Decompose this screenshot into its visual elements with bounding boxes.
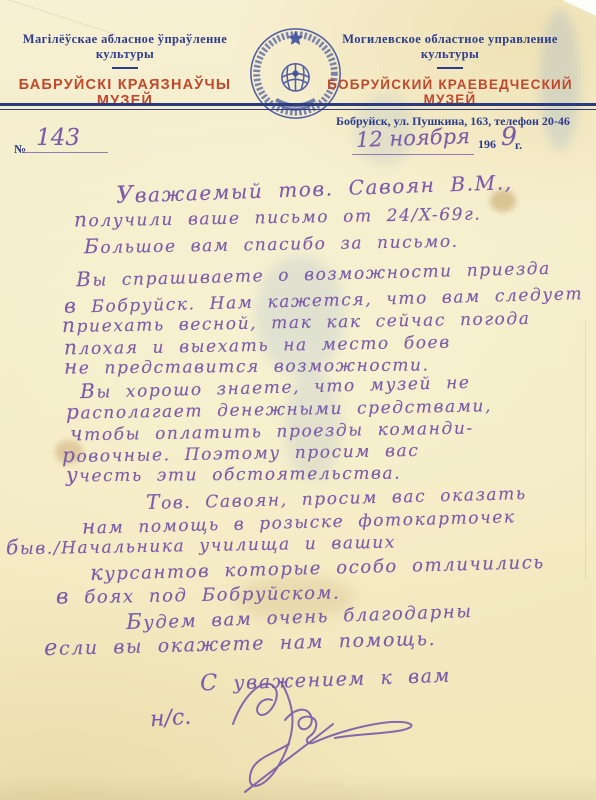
org-name-line1: Магілёўскае абласное ўпраўленне bbox=[14, 32, 236, 47]
scanned-letter-document: Магілёўскае абласное ўпраўленне культуры… bbox=[0, 0, 596, 800]
org-name-line2: культуры bbox=[320, 47, 580, 62]
handwritten-line: быв./Начальника училища и ваших bbox=[6, 531, 396, 559]
org-name-line2: культуры bbox=[14, 47, 236, 62]
signature-prefix: н/с. bbox=[149, 705, 192, 733]
handwritten-line: учесть эти обстоятельства. bbox=[66, 462, 401, 486]
number-underline bbox=[22, 152, 108, 153]
letterhead-rule-thin bbox=[0, 109, 596, 110]
handwritten-line: Уважаемый тов. Савоян В.М., bbox=[116, 170, 513, 207]
torn-corner bbox=[562, 0, 596, 16]
letterhead-rule-thick bbox=[0, 103, 596, 106]
reference-number: № 143 bbox=[14, 133, 74, 159]
handwritten-date: 12 ноября bbox=[356, 124, 471, 152]
printed-year: 196 bbox=[478, 137, 496, 152]
divider-dash bbox=[112, 67, 138, 69]
divider-dash bbox=[437, 67, 463, 69]
org-name-line1: Могилевское областное управление bbox=[320, 32, 580, 47]
letterhead-belarusian: Магілёўскае абласное ўпраўленне культуры… bbox=[14, 32, 236, 109]
paper-crease bbox=[585, 320, 586, 580]
letterhead-russian: Могилевское областное управление культур… bbox=[320, 32, 580, 107]
year-suffix: г. bbox=[515, 138, 522, 153]
handwritten-number: 143 bbox=[36, 125, 80, 151]
handwritten-line: в боях под Бобруйском. bbox=[56, 582, 341, 608]
date-underline bbox=[352, 154, 474, 155]
handwritten-line: если вы окажете нам помощь. bbox=[44, 627, 437, 660]
scan-edge-shadow bbox=[0, 774, 596, 800]
paper-crease bbox=[3, 0, 117, 36]
number-label: № bbox=[14, 142, 26, 156]
handwritten-line: Большое вам спасибо за письмо. bbox=[84, 230, 459, 258]
